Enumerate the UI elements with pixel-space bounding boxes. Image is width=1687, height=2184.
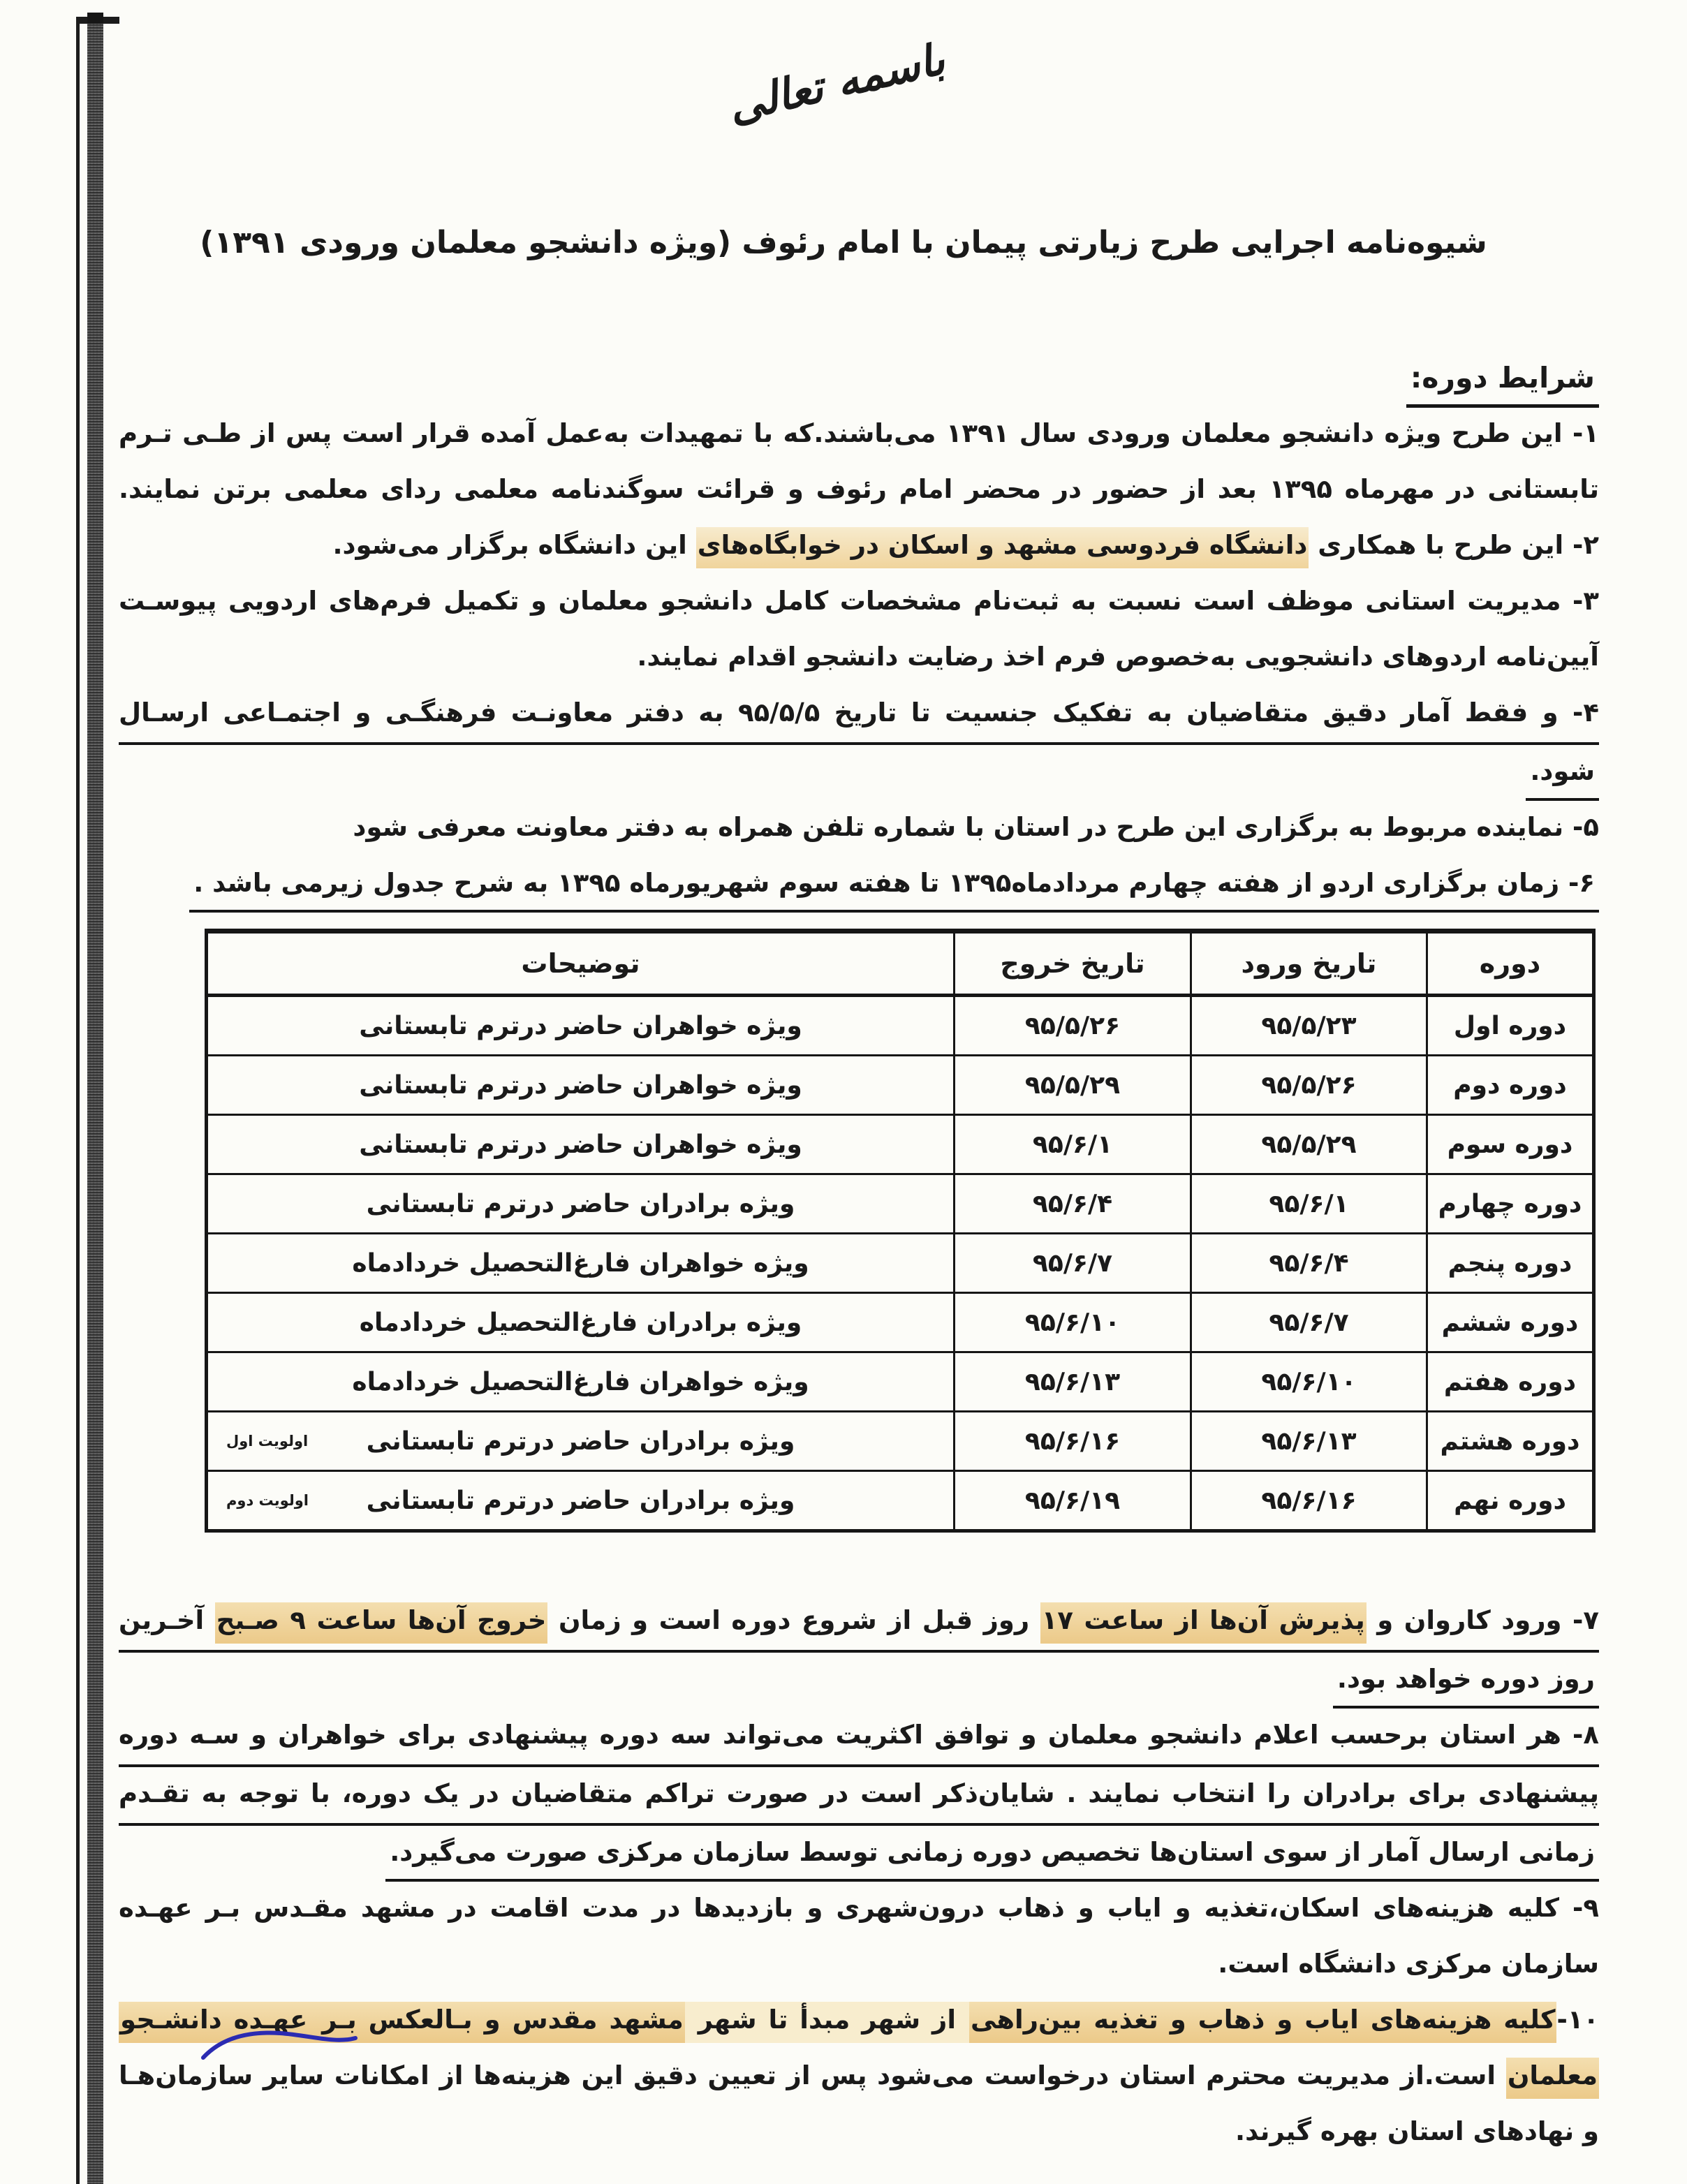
item-2-text-end: این دانشگاه برگزار می‌شود. (332, 530, 695, 560)
table-header-entry-date: تاریخ ورود (1191, 931, 1427, 996)
scan-edge-band (87, 13, 103, 2184)
entry-date-cell: ۹۵/۵/۲۹ (1191, 1115, 1427, 1174)
exit-date-cell: ۹۵/۶/۱۹ (955, 1471, 1191, 1531)
notes-cell: ویژه خواهران فارغ‌التحصیل خردادماه (207, 1352, 955, 1412)
entry-date-cell: ۹۵/۶/۷ (1191, 1293, 1427, 1352)
period-cell: دوره نهم (1427, 1471, 1594, 1531)
highlight-item-7-departure: خروج آن‌ها ساعت ۹ صـبح (215, 1602, 548, 1644)
conditions-section: شرایط دوره: ۱- این طرح ویژه دانشجو معلما… (119, 351, 1599, 913)
entry-date-cell: ۹۵/۶/۴ (1191, 1234, 1427, 1293)
scan-edge-line (76, 20, 80, 2184)
notes-cell: ویژه خواهران حاضر درترم تابستانی (207, 1115, 955, 1174)
item-4-line-1: ۴- و فقط آمار دقیق متقاضیان به تفکیک جنس… (119, 686, 1599, 745)
entry-date-cell: ۹۵/۶/۱۰ (1191, 1352, 1427, 1412)
item-1-line-2: تابستانی در مهرماه ۱۳۹۵ بعد از حضور در م… (119, 463, 1599, 519)
schedule-table: دوره تاریخ ورود تاریخ خروج توضیحات دوره … (205, 929, 1596, 1533)
item-9-line-1: ۹- کلیه هزینه‌های اسکان،تغذیه و ایاب و ذ… (119, 1882, 1599, 1938)
section-heading-text: شرایط دوره: (1406, 355, 1599, 408)
scan-edge-band-cap (87, 13, 103, 24)
highlight-item-7-arrival: پذیرش آن‌ها از ساعت ۱۷ (1040, 1602, 1366, 1644)
item-4-line-2-text: شود. (1526, 748, 1599, 801)
table-row: دوره چهارم ۹۵/۶/۱ ۹۵/۶/۴ ویژه برادران حا… (207, 1174, 1594, 1234)
table-header-row: دوره تاریخ ورود تاریخ خروج توضیحات (207, 931, 1594, 996)
notes-text: ویژه برادران حاضر درترم تابستانی (367, 1427, 795, 1456)
table-row: دوره سوم ۹۵/۵/۲۹ ۹۵/۶/۱ ویژه خواهران حاض… (207, 1115, 1594, 1174)
item-7-line-2-text: روز دوره خواهد بود. (1333, 1656, 1599, 1709)
table-row: دوره دوم ۹۵/۵/۲۶ ۹۵/۵/۲۹ ویژه خواهران حا… (207, 1056, 1594, 1115)
item-6-line-1: ۶- زمان برگزاری اردو از هفته چهارم مرداد… (119, 857, 1599, 913)
item-7-line-2: روز دوره خواهد بود. (119, 1653, 1599, 1709)
item-4-line-2: شود. (119, 745, 1599, 801)
notes-cell: ویژه خواهران حاضر درترم تابستانی (207, 996, 955, 1056)
table-row: دوره هشتم ۹۵/۶/۱۳ ۹۵/۶/۱۶ ویژه برادران ح… (207, 1412, 1594, 1471)
item-8-line-2: پیشنهادی برای برادران را انتخاب نمایند .… (119, 1767, 1599, 1826)
exit-date-cell: ۹۵/۶/۴ (955, 1174, 1191, 1234)
bismillah-calligraphy: باسمه تعالی (747, 33, 949, 126)
notes-cell: ویژه خواهران حاضر درترم تابستانی (207, 1056, 955, 1115)
table-header-period: دوره (1427, 931, 1594, 996)
item-5-line-1: ۵- نماینده مربوط به برگزاری این طرح در ا… (119, 801, 1599, 857)
item-7-line-1: ۷- ورود کاروان و پذیرش آن‌ها از ساعت ۱۷ … (119, 1594, 1599, 1653)
highlight-item-10-costs: کلیه هزینه‌های ایاب و ذهاب و تغذیه بین‌ر… (969, 2002, 1557, 2043)
highlight-item-10-route: از شهر مبدأ تا شهر (685, 2002, 969, 2043)
lower-text-section: ۷- ورود کاروان و پذیرش آن‌ها از ساعت ۱۷ … (119, 1594, 1599, 2161)
notes-cell: ویژه برادران فارغ‌التحصیل خردادماه (207, 1293, 955, 1352)
item-7-text-end: آخـرین (119, 1605, 215, 1635)
period-cell: دوره هفتم (1427, 1352, 1594, 1412)
priority-note: اولویت اول (226, 1433, 308, 1449)
notes-text: ویژه برادران حاضر درترم تابستانی (367, 1486, 795, 1515)
exit-date-cell: ۹۵/۵/۲۶ (955, 996, 1191, 1056)
table-row: دوره اول ۹۵/۵/۲۳ ۹۵/۵/۲۶ ویژه خواهران حا… (207, 996, 1594, 1056)
entry-date-cell: ۹۵/۶/۱ (1191, 1174, 1427, 1234)
period-cell: دوره دوم (1427, 1056, 1594, 1115)
table-row: دوره ششم ۹۵/۶/۷ ۹۵/۶/۱۰ ویژه برادران فار… (207, 1293, 1594, 1352)
highlight-item-2: دانشگاه فردوسی مشهد و اسکان در خوابگاه‌ه… (696, 527, 1309, 568)
exit-date-cell: ۹۵/۶/۱۰ (955, 1293, 1191, 1352)
table-row: دوره نهم ۹۵/۶/۱۶ ۹۵/۶/۱۹ ویژه برادران حا… (207, 1471, 1594, 1531)
table-row: دوره پنجم ۹۵/۶/۴ ۹۵/۶/۷ ویژه خواهران فار… (207, 1234, 1594, 1293)
period-cell: دوره چهارم (1427, 1174, 1594, 1234)
item-10-line-3: و نهادهای استان بهره گیرند. (119, 2105, 1599, 2161)
entry-date-cell: ۹۵/۶/۱۶ (1191, 1471, 1427, 1531)
exit-date-cell: ۹۵/۶/۱ (955, 1115, 1191, 1174)
section-heading: شرایط دوره: (119, 351, 1599, 407)
table-header-exit-date: تاریخ خروج (955, 931, 1191, 996)
item-6-text: ۶- زمان برگزاری اردو از هفته چهارم مرداد… (189, 860, 1599, 913)
highlight-item-10-mashhad: مشهد مقدس و بـالعکس بـر (309, 2002, 685, 2043)
period-cell: دوره هشتم (1427, 1412, 1594, 1471)
notes-cell: ویژه خواهران فارغ‌التحصیل خردادماه (207, 1234, 955, 1293)
period-cell: دوره اول (1427, 996, 1594, 1056)
item-9-line-2: سازمان مرکزی دانشگاه است. (119, 1938, 1599, 1993)
period-cell: دوره پنجم (1427, 1234, 1594, 1293)
table-row: دوره هفتم ۹۵/۶/۱۰ ۹۵/۶/۱۳ ویژه خواهران ف… (207, 1352, 1594, 1412)
item-8-line-1: ۸- هر استان برحسب اعلام دانشجو معلمان و … (119, 1709, 1599, 1767)
priority-note: اولویت دوم (226, 1492, 309, 1509)
item-2-text: ۲- این طرح با همکاری (1309, 530, 1599, 560)
period-cell: دوره ششم (1427, 1293, 1594, 1352)
item-8-line-3: زمانی ارسال آمار از سوی استان‌ها تخصیص د… (119, 1826, 1599, 1882)
item-7-text-mid: روز قبل از شروع دوره است و زمان (547, 1605, 1040, 1635)
table-header-notes: توضیحات (207, 931, 955, 996)
entry-date-cell: ۹۵/۶/۱۳ (1191, 1412, 1427, 1471)
entry-date-cell: ۹۵/۵/۲۶ (1191, 1056, 1427, 1115)
item-1-line-1: ۱- این طرح ویژه دانشجو معلمان ورودی سال … (119, 407, 1599, 463)
item-3-line-1: ۳- مدیریت استانی موظف است نسبت به ثبت‌نا… (119, 575, 1599, 630)
notes-cell: ویژه برادران حاضر درترم تابستانیاولویت د… (207, 1471, 955, 1531)
item-3-line-2: آیین‌نامه اردوهای دانشجویی به‌خصوص فرم ا… (119, 630, 1599, 686)
item-10-number: ۱۰- (1556, 2005, 1599, 2035)
item-2-line-1: ۲- این طرح با همکاری دانشگاه فردوسی مشهد… (119, 519, 1599, 575)
scanned-document-page: باسمه تعالی شیوه‌نامه اجرایی طرح زیارتی … (0, 0, 1687, 2184)
exit-date-cell: ۹۵/۵/۲۹ (955, 1056, 1191, 1115)
notes-cell: ویژه برادران حاضر درترم تابستانیاولویت ا… (207, 1412, 955, 1471)
period-cell: دوره سوم (1427, 1115, 1594, 1174)
exit-date-cell: ۹۵/۶/۱۳ (955, 1352, 1191, 1412)
notes-cell: ویژه برادران حاضر درترم تابستانی (207, 1174, 955, 1234)
item-7-text: ۷- ورود کاروان و (1366, 1605, 1599, 1635)
highlight-item-10-teachers: معلمان (1506, 2058, 1599, 2099)
document-title: شیوه‌نامه اجرایی طرح زیارتی پیمان با اما… (0, 225, 1687, 260)
entry-date-cell: ۹۵/۵/۲۳ (1191, 996, 1427, 1056)
blue-pen-mark (198, 2027, 362, 2066)
item-8-line-3-text: زمانی ارسال آمار از سوی استان‌ها تخصیص د… (385, 1829, 1599, 1882)
exit-date-cell: ۹۵/۶/۷ (955, 1234, 1191, 1293)
exit-date-cell: ۹۵/۶/۱۶ (955, 1412, 1191, 1471)
